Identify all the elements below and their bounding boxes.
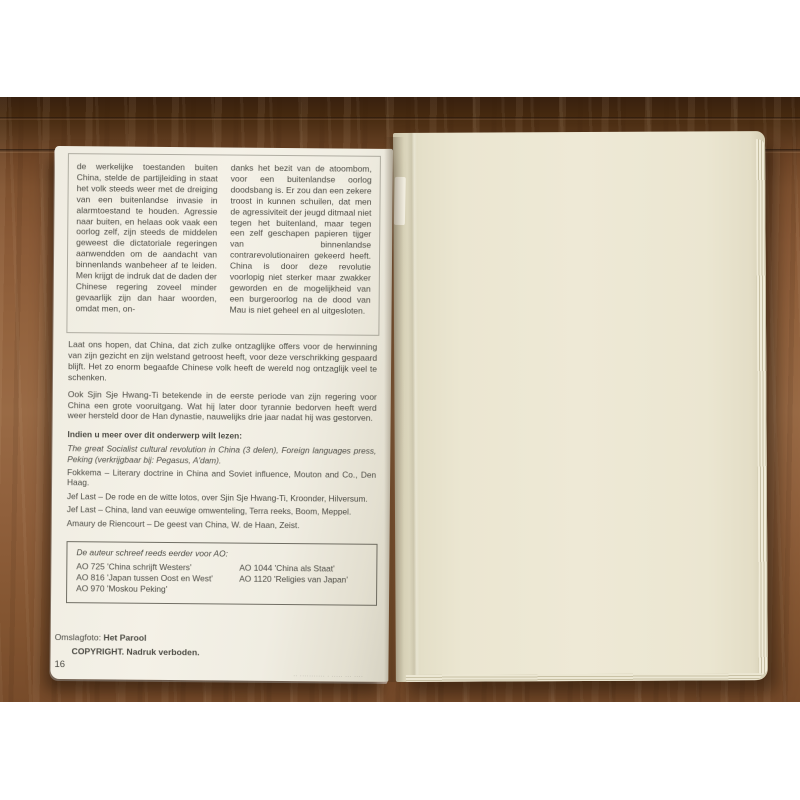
ao-box-heading: De auteur schreef reeds eerder voor AO: bbox=[76, 547, 367, 560]
bibliography-entry: Jef Last – De rode en de witte lotos, ov… bbox=[67, 491, 376, 504]
previous-ao-issues-box: De auteur schreef reeds eerder voor AO: … bbox=[66, 541, 378, 606]
screenshot-canvas: de werkelijke toestanden buiten China, s… bbox=[0, 0, 800, 800]
bibliography-entry: Amaury de Riencourt – De geest van China… bbox=[67, 518, 376, 531]
boxed-two-column-text: de werkelijke toestanden buiten China, s… bbox=[66, 153, 381, 336]
left-page-content: de werkelijke toestanden buiten China, s… bbox=[64, 153, 381, 606]
ao-issue: AO 970 'Moskou Peking' bbox=[76, 583, 239, 595]
bibliography-entry: The great Socialist cultural revolution … bbox=[67, 443, 376, 467]
page-edge-stack-right bbox=[756, 139, 768, 675]
spine-tape-mark bbox=[394, 177, 406, 225]
text-column-2: danks het bezit van de atoombom, voor ee… bbox=[229, 163, 371, 328]
page-number: 16 bbox=[54, 659, 65, 670]
bibliography-entry: Fokkema – Literary doctrine in China and… bbox=[67, 467, 376, 491]
printed-text-layer: de werkelijke toestanden buiten China, s… bbox=[50, 146, 393, 682]
ao-issue: AO 1120 'Religies van Japan' bbox=[239, 574, 367, 586]
wood-plank-groove bbox=[0, 117, 800, 120]
page-edge-stack-bottom bbox=[406, 673, 762, 682]
paragraph: Laat ons hopen, dat China, dat zich zulk… bbox=[68, 339, 377, 385]
cover-photo-credit: Het Parool bbox=[103, 632, 146, 642]
photo-open-booklet-on-table: de werkelijke toestanden buiten China, s… bbox=[0, 97, 800, 702]
page-crease bbox=[407, 133, 420, 682]
cover-photo-label: Omslagfoto: bbox=[55, 632, 101, 642]
copyright-notice: COPYRIGHT. Nadruk verboden. bbox=[72, 646, 200, 657]
imprint-line: ·· ··········· · ····· ··· ···· bbox=[293, 673, 363, 679]
further-reading-heading: Indien u meer over dit onderwerp wilt le… bbox=[67, 429, 376, 443]
ao-box-columns: AO 725 'China schrijft Westers' AO 816 '… bbox=[76, 561, 367, 597]
ao-box-column-right: AO 1044 'China als Staat' AO 1120 'Relig… bbox=[239, 563, 367, 597]
bibliography-entry: Jef Last – China, land van eeuwige omwen… bbox=[67, 504, 376, 517]
bibliography-list: The great Socialist cultural revolution … bbox=[67, 443, 377, 531]
cover-photo-credit-line: Omslagfoto: Het Parool bbox=[55, 632, 147, 643]
ao-box-column-left: AO 725 'China schrijft Westers' AO 816 '… bbox=[76, 561, 239, 595]
right-page-blank bbox=[393, 131, 768, 682]
paragraph: Ook Sjin Sje Hwang-Ti betekende in de ee… bbox=[68, 389, 377, 424]
text-column-1: de werkelijke toestanden buiten China, s… bbox=[75, 161, 217, 326]
left-page: de werkelijke toestanden buiten China, s… bbox=[50, 146, 393, 682]
